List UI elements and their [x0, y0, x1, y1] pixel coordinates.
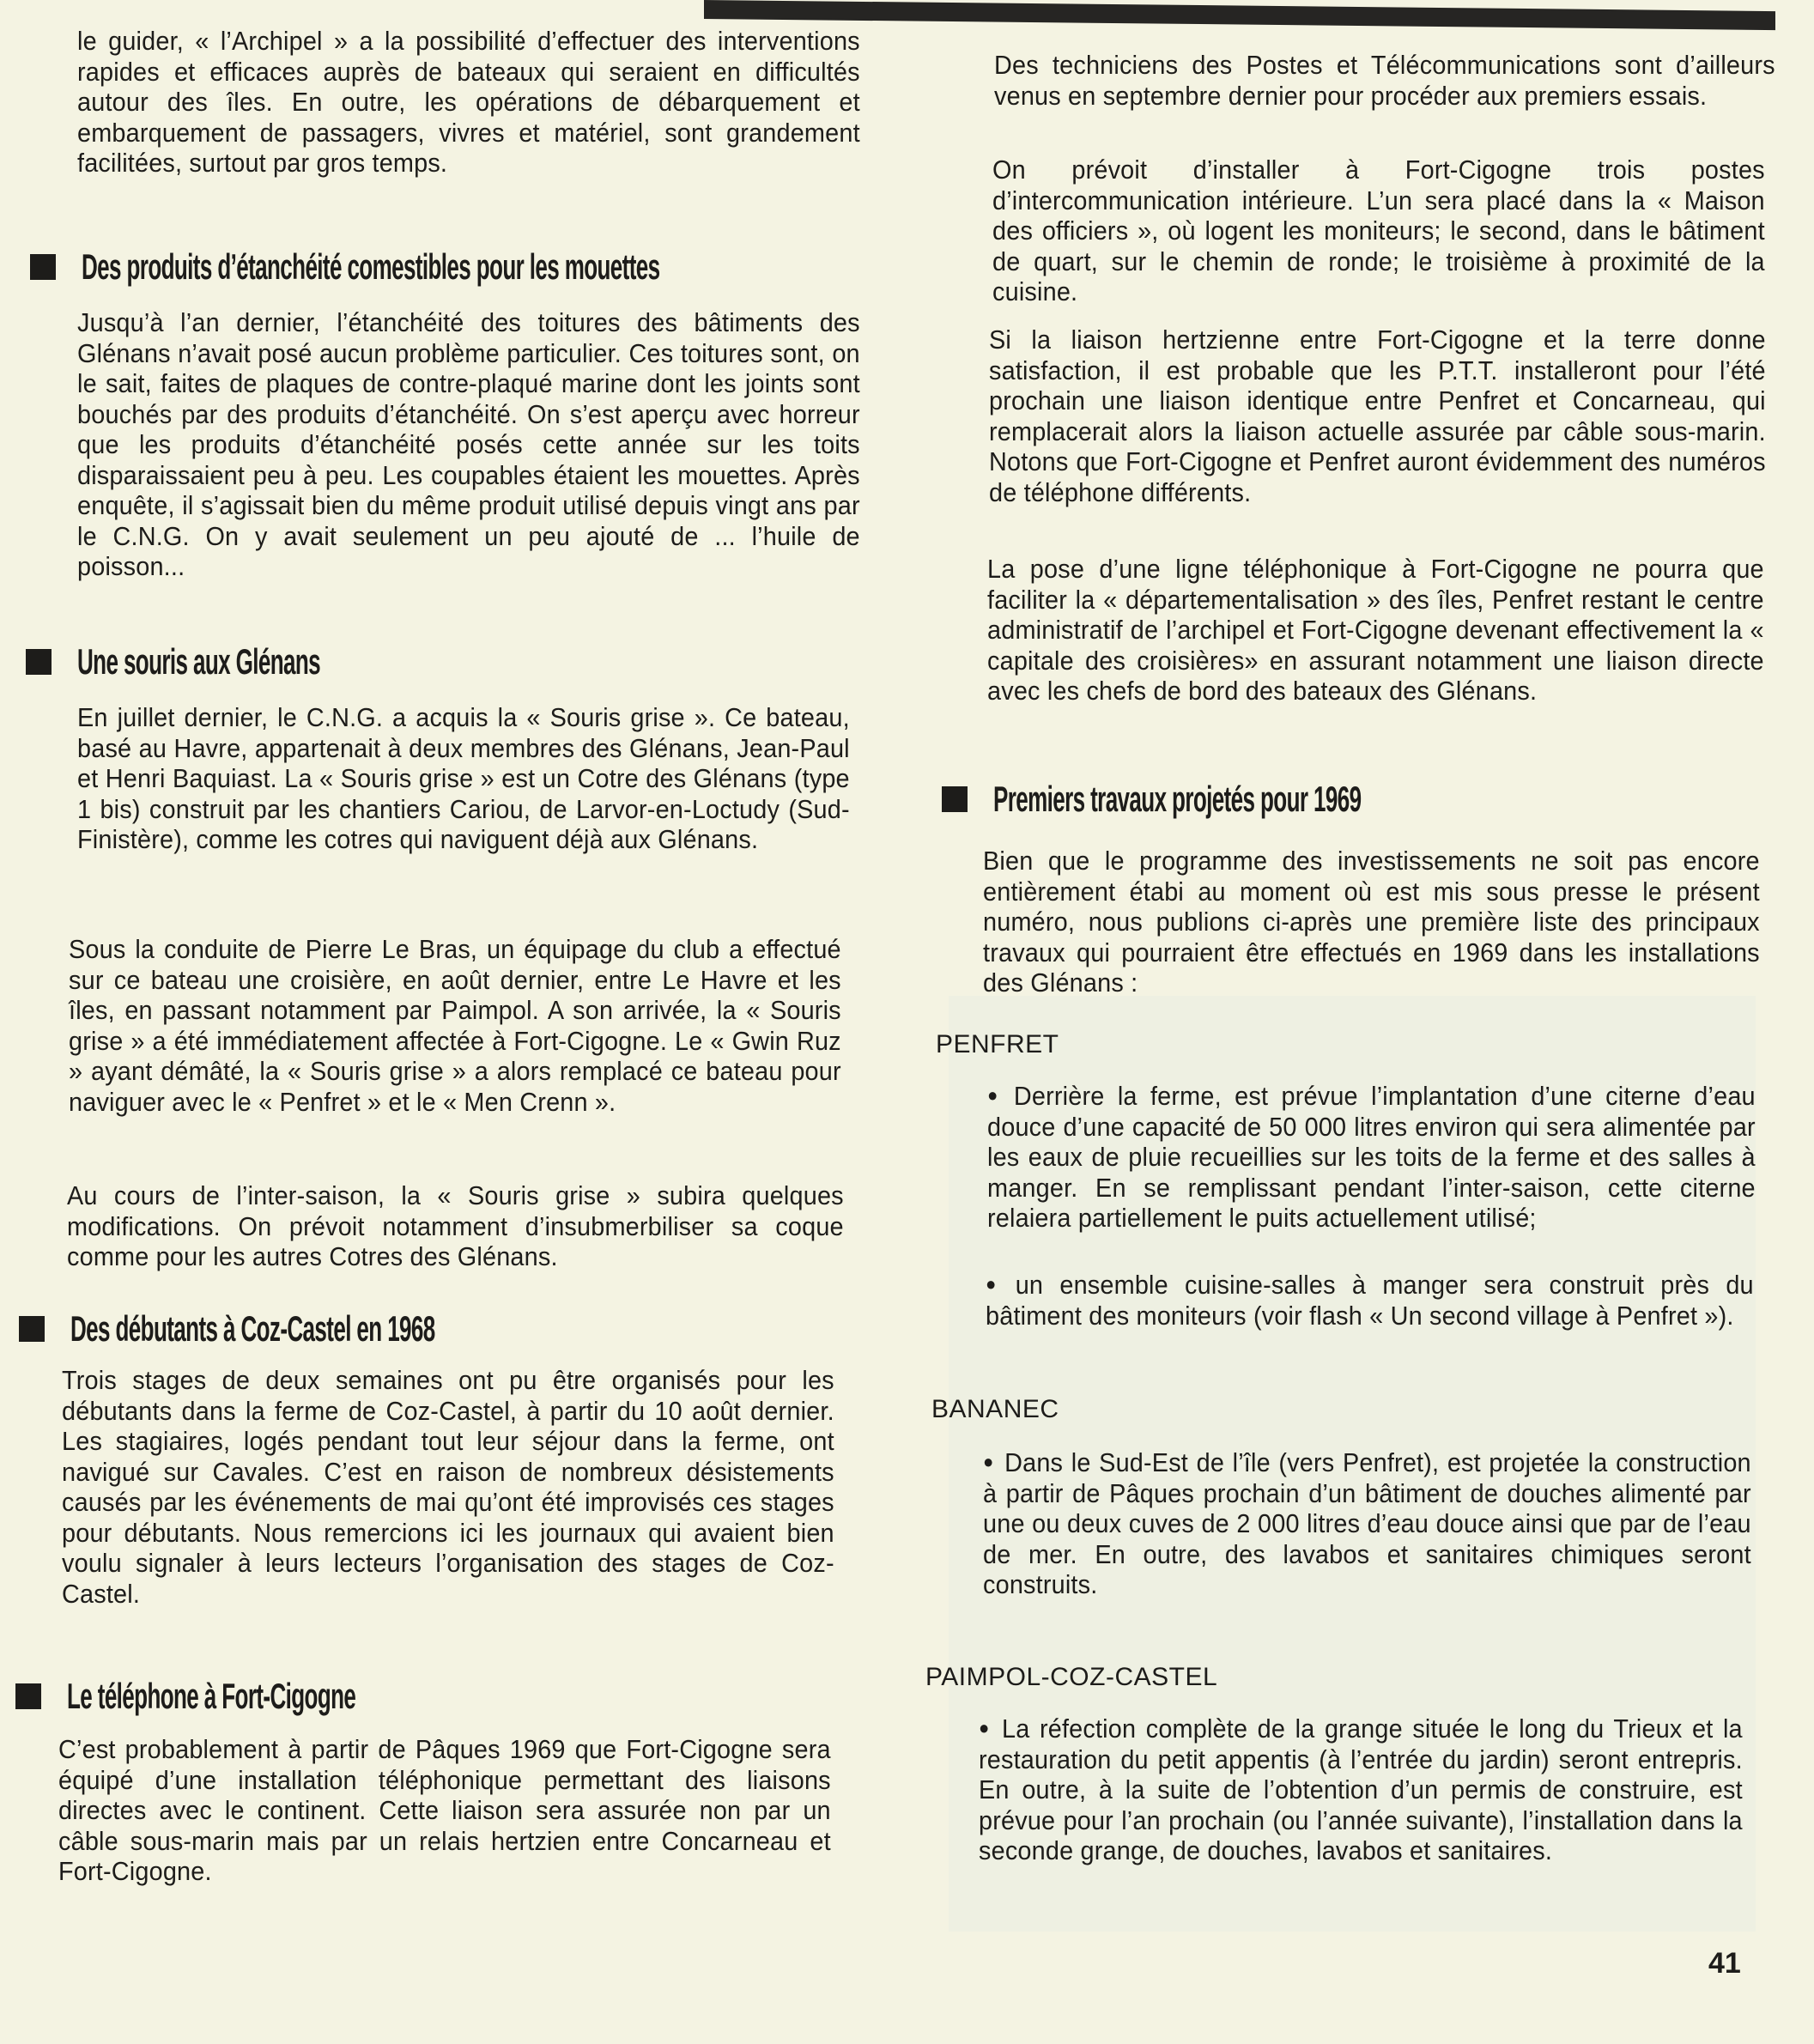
section-heading: Des débutants à Coz-Castel en 1968	[19, 1309, 658, 1349]
paragraph: Au cours de l’inter-saison, la « Souris …	[67, 1180, 844, 1272]
section-intro: Bien que le programme des investissement…	[983, 846, 1760, 998]
square-bullet-icon	[15, 1683, 41, 1709]
section-heading-text: Le téléphone à Fort-Cigogne	[67, 1677, 355, 1716]
intro-paragraph: le guider, « l’Archipel » a la possibili…	[77, 26, 860, 179]
paragraph: Si la liaison hertzienne entre Fort-Cigo…	[989, 324, 1766, 507]
paragraph-block: Si la liaison hertzienne entre Fort-Cigo…	[989, 324, 1766, 507]
paragraph: Sous la conduite de Pierre Le Bras, un é…	[69, 934, 841, 1117]
paragraph-block: On prévoit d’installer à Fort-Cigogne tr…	[992, 155, 1765, 307]
place-heading: PENFRET	[936, 1030, 1059, 1059]
section-heading: Le téléphone à Fort-Cigogne	[15, 1677, 532, 1716]
top-rule	[704, 0, 1775, 30]
bullet-item: Derrière la ferme, est prévue l’implanta…	[987, 1080, 1756, 1234]
section-heading-text: Des produits d’étanchéité comestibles po…	[82, 247, 659, 287]
section-body: Trois stages de deux semaines ont pu êtr…	[62, 1365, 834, 1609]
section-body: Sous la conduite de Pierre Le Bras, un é…	[69, 934, 841, 1117]
paragraph: En juillet dernier, le C.N.G. a acquis l…	[77, 702, 850, 855]
square-bullet-icon	[30, 254, 56, 280]
section-body: Au cours de l’inter-saison, la « Souris …	[67, 1180, 844, 1272]
paragraph: La pose d’une ligne téléphonique à Fort-…	[987, 554, 1764, 707]
section-body: Jusqu’à l’an dernier, l’étanchéité des t…	[77, 307, 860, 582]
section-heading: Des produits d’étanchéité comestibles po…	[30, 247, 1014, 287]
bullet-text: Dans le Sud-Est de l’île (vers Penfret),…	[983, 1447, 1751, 1600]
bullet-text: un ensemble cuisine-salles à manger sera…	[986, 1269, 1754, 1331]
section-heading: Premiers travaux projetés pour 1969	[942, 779, 1586, 819]
section-body: En juillet dernier, le C.N.G. a acquis l…	[77, 702, 850, 855]
paragraph: On prévoit d’installer à Fort-Cigogne tr…	[992, 155, 1765, 307]
place-heading: BANANEC	[931, 1395, 1059, 1424]
bullet-item: Dans le Sud-Est de l’île (vers Penfret),…	[983, 1447, 1751, 1600]
paragraph: Trois stages de deux semaines ont pu êtr…	[62, 1365, 834, 1609]
bullet-text: Derrière la ferme, est prévue l’implanta…	[987, 1080, 1756, 1234]
square-bullet-icon	[942, 786, 968, 812]
square-bullet-icon	[26, 649, 52, 675]
square-bullet-icon	[19, 1316, 45, 1342]
section-heading: Une souris aux Glénans	[26, 642, 470, 682]
paragraph: Bien que le programme des investissement…	[983, 846, 1760, 998]
section-body: C’est probablement à partir de Pâques 19…	[58, 1734, 831, 1887]
page-number: 41	[1708, 1947, 1741, 1980]
section-heading-text: Des débutants à Coz-Castel en 1968	[70, 1309, 435, 1349]
bullet-item: La réfection complète de la grange situé…	[979, 1713, 1743, 1866]
paragraph: Jusqu’à l’an dernier, l’étanchéité des t…	[77, 307, 860, 582]
intro-block: le guider, « l’Archipel » a la possibili…	[77, 26, 860, 179]
place-heading: PAIMPOL-COZ-CASTEL	[925, 1663, 1217, 1692]
bullet-text: La réfection complète de la grange situé…	[979, 1713, 1743, 1866]
paragraph: C’est probablement à partir de Pâques 19…	[58, 1734, 831, 1887]
paragraph-block: La pose d’une ligne téléphonique à Fort-…	[987, 554, 1764, 707]
paragraph: Des techniciens des Postes et Télécommun…	[994, 50, 1775, 111]
bullet-item: un ensemble cuisine-salles à manger sera…	[986, 1269, 1754, 1331]
section-heading-text: Une souris aux Glénans	[77, 642, 320, 682]
paragraph-block: Des techniciens des Postes et Télécommun…	[994, 50, 1775, 111]
section-heading-text: Premiers travaux projetés pour 1969	[993, 779, 1361, 819]
